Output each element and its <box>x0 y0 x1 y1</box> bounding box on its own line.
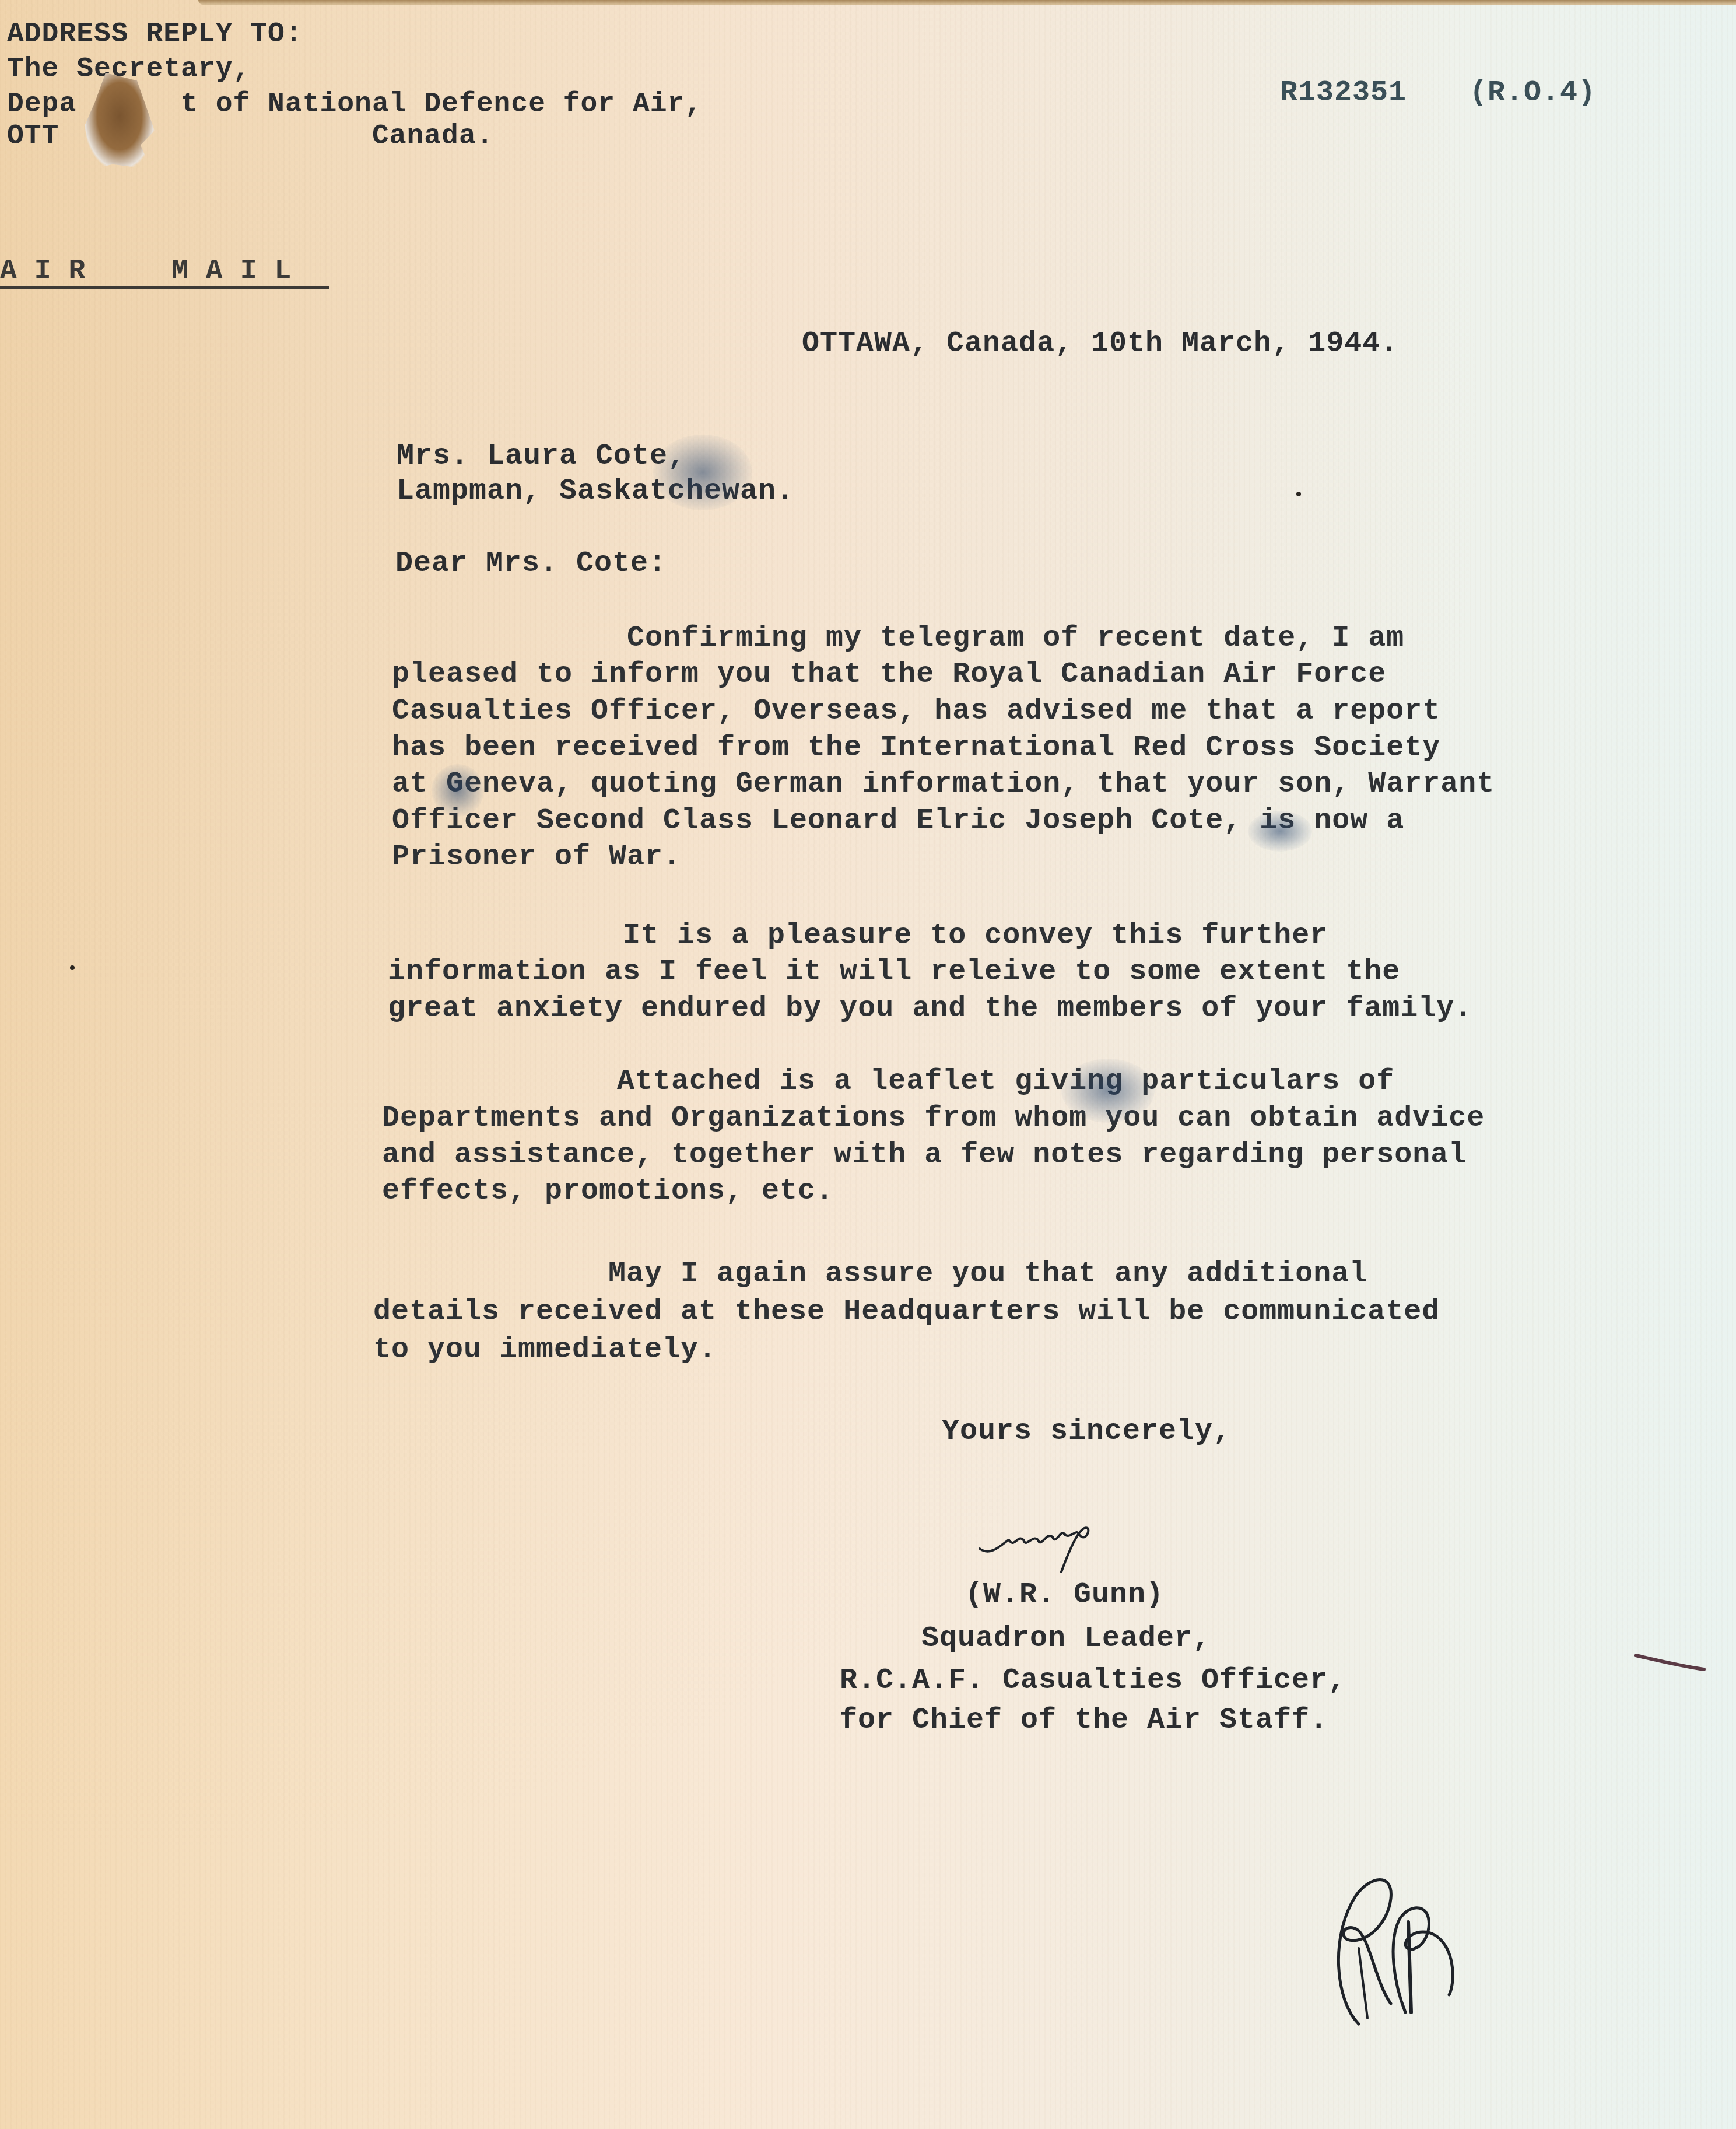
file-reference-number: R132351 <box>1280 79 1407 108</box>
signatory-rank: Squadron Leader, <box>921 1624 1211 1654</box>
stray-ink-dot <box>70 965 75 970</box>
punch-hole <box>85 73 155 169</box>
paragraph-line: details received at these Headquarters w… <box>373 1298 1440 1327</box>
paragraph-line: Confirming my telegram of recent date, I… <box>392 624 1404 653</box>
stray-ink-dot <box>1296 492 1301 496</box>
recipient-name: Mrs. Laura Cote, <box>397 442 686 471</box>
signatory-on-behalf-of: for Chief of the Air Staff. <box>840 1706 1328 1735</box>
air-mail-label: AIR MAIL <box>0 255 308 287</box>
handwritten-signature <box>974 1517 1137 1587</box>
signatory-title: R.C.A.F. Casualties Officer, <box>840 1666 1346 1696</box>
paragraph-line: Casualties Officer, Overseas, has advise… <box>392 697 1440 726</box>
paragraph-line: great anxiety endured by you and the mem… <box>388 995 1472 1024</box>
ink-smudge <box>1248 811 1312 852</box>
paragraph-line: Prisoner of War. <box>392 843 681 872</box>
signatory-name: (W.R. Gunn) <box>965 1581 1164 1610</box>
paragraph-line: information as I feel it will releive to… <box>388 958 1400 987</box>
paragraph-line: pleased to inform you that the Royal Can… <box>392 660 1386 689</box>
address-reply-label: ADDRESS REPLY TO: <box>7 20 303 48</box>
paragraph-line: May I again assure you that any addition… <box>373 1260 1367 1289</box>
closing: Yours sincerely, <box>942 1417 1231 1447</box>
paragraph-line: effects, promotions, etc. <box>382 1177 834 1206</box>
paragraph-line: at Geneva, quoting German information, t… <box>392 770 1495 799</box>
paragraph-line: has been received from the International… <box>392 734 1440 763</box>
paragraph-line: and assistance, together with a few note… <box>382 1141 1467 1170</box>
air-mail-underline <box>0 286 329 289</box>
paper-texture <box>0 0 1736 2129</box>
paragraph-line: to you immediately. <box>373 1336 717 1365</box>
paragraph-line: It is a pleasure to convey this further <box>388 922 1328 951</box>
office-code: (R.O.4) <box>1470 79 1596 108</box>
paragraph-line: Departments and Organizations from whom … <box>382 1104 1485 1133</box>
ink-smudge <box>653 435 752 510</box>
paper-top-edge <box>198 0 1736 5</box>
ink-smudge <box>1061 1059 1155 1123</box>
paragraph-line: Attached is a leaflet giving particulars… <box>382 1067 1394 1097</box>
ink-smudge <box>432 764 484 817</box>
address-line: OTT Canada. <box>7 122 494 150</box>
handwritten-initials-rb <box>1324 1867 1475 2042</box>
salutation: Dear Mrs. Cote: <box>395 549 667 579</box>
dateline: OTTAWA, Canada, 10th March, 1944. <box>802 330 1398 359</box>
margin-pencil-mark <box>1633 1651 1709 1674</box>
